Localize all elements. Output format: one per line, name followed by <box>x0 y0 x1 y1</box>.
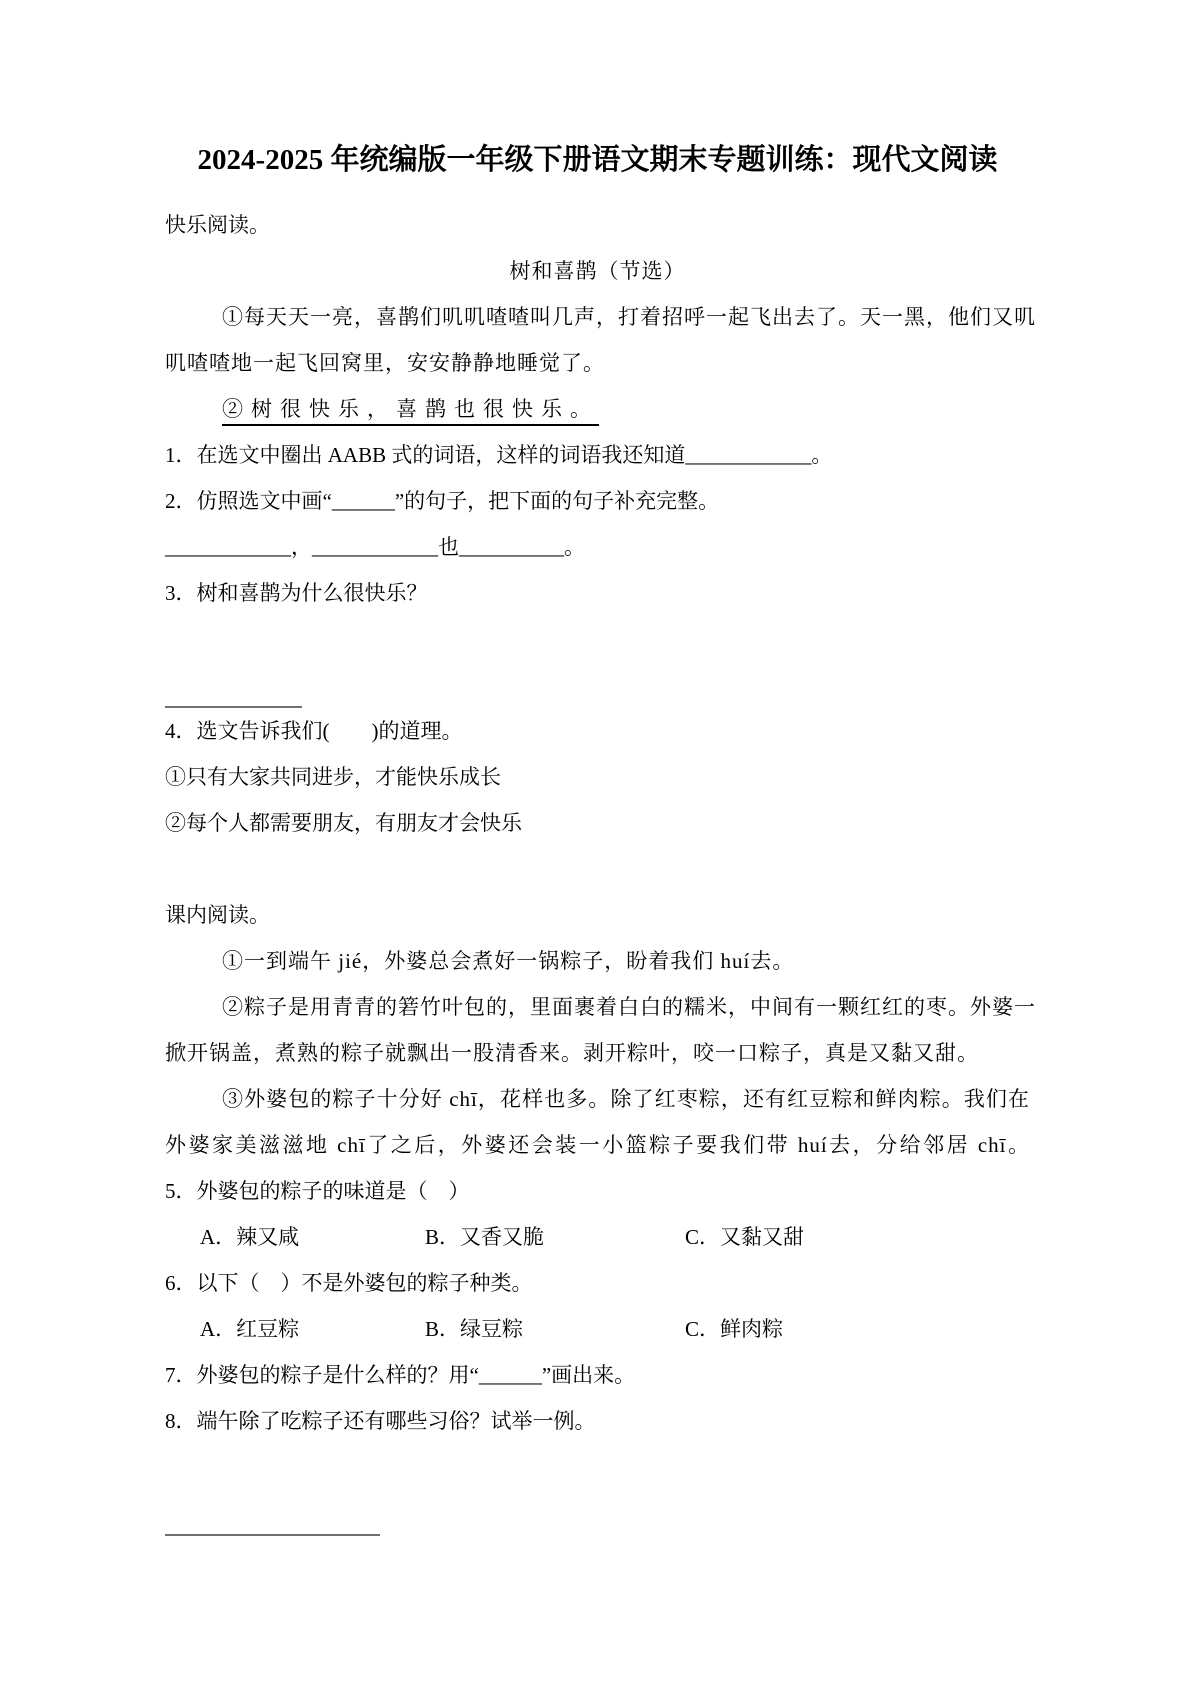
question-3-answer-row <box>165 662 1030 708</box>
question-6: 6．以下（ ）不是外婆包的粽子种类。 <box>165 1260 1030 1306</box>
question-4-option-2: ②每个人都需要朋友，有朋友才会快乐 <box>165 800 1030 846</box>
question-5: 5．外婆包的粽子的味道是（ ） <box>165 1168 1030 1214</box>
question-6-choices: A．红豆粽 B．绿豆粽 C．鲜肉粽 <box>165 1306 1030 1352</box>
spacer <box>165 1444 1030 1490</box>
answer-blank-line <box>165 1500 380 1536</box>
spacer <box>165 616 1030 662</box>
question-2-fill-line: ____________，____________也__________。 <box>165 524 1030 570</box>
passage2-line3: 掀开锅盖，煮熟的粽子就飘出一股清香来。剥开粽叶，咬一口粽子，真是又黏又甜。 <box>165 1030 1030 1076</box>
doc-title: 2024-2025 年统编版一年级下册语文期末专题训练：现代文阅读 <box>165 140 1030 180</box>
question-8: 8．端午除了吃粽子还有哪些习俗？试举一例。 <box>165 1398 1030 1444</box>
question-5-choices: A．辣又咸 B．又香又脆 C．又黏又甜 <box>165 1214 1030 1260</box>
passage2-line4: ③外婆包的粽子十分好 chī，花样也多。除了红枣粽，还有红豆粽和鲜肉粽。我们在 <box>165 1076 1030 1122</box>
choice-5b: B．又香又脆 <box>425 1214 685 1260</box>
answer-blank-line <box>165 672 302 708</box>
passage1-line1: ①每天天一亮，喜鹊们叽叽喳喳叫几声，打着招呼一起飞出去了。天一黑，他们又叽 <box>165 294 1030 340</box>
choice-5a: A．辣又咸 <box>200 1214 425 1260</box>
choice-5c: C．又黏又甜 <box>685 1214 1030 1260</box>
question-4-option-1: ①只有大家共同进步，才能快乐成长 <box>165 754 1030 800</box>
question-2: 2．仿照选文中画“______”的句子，把下面的句子补充完整。 <box>165 478 1030 524</box>
question-8-answer-row <box>165 1490 1030 1536</box>
question-1: 1．在选文中圈出 AABB 式的词语，这样的词语我还知道____________… <box>165 432 1030 478</box>
section1-label: 快乐阅读。 <box>165 202 1030 248</box>
passage1-underlined-sentence: ②树很快乐，喜鹊也很快乐。 <box>165 386 1030 432</box>
choice-6c: C．鲜肉粽 <box>685 1306 1030 1352</box>
passage2-line2: ②粽子是用青青的箬竹叶包的，里面裹着白白的糯米，中间有一颗红红的枣。外婆一 <box>165 984 1030 1030</box>
passage2-line5: 外婆家美滋滋地 chī了之后，外婆还会装一小篮粽子要我们带 huí去，分给邻居 … <box>165 1122 1030 1168</box>
question-3: 3．树和喜鹊为什么很快乐？ <box>165 570 1030 616</box>
passage2-line1: ①一到端午 jié，外婆总会煮好一锅粽子，盼着我们 huí去。 <box>165 938 1030 984</box>
passage1-line2: 叽喳喳地一起飞回窝里，安安静静地睡觉了。 <box>165 340 1030 386</box>
passage-title: 树和喜鹊（节选） <box>165 248 1030 294</box>
section2-label: 课内阅读。 <box>165 892 1030 938</box>
worksheet-page: 2024-2025 年统编版一年级下册语文期末专题训练：现代文阅读 快乐阅读。 … <box>0 0 1191 1684</box>
question-4: 4．选文告诉我们( )的道理。 <box>165 708 1030 754</box>
choice-6b: B．绿豆粽 <box>425 1306 685 1352</box>
choice-6a: A．红豆粽 <box>200 1306 425 1352</box>
worksheet-content: 2024-2025 年统编版一年级下册语文期末专题训练：现代文阅读 快乐阅读。 … <box>0 0 1191 1536</box>
question-7: 7．外婆包的粽子是什么样的？用“______”画出来。 <box>165 1352 1030 1398</box>
underlined-sentence-text: ②树很快乐，喜鹊也很快乐。 <box>222 397 599 426</box>
spacer <box>165 846 1030 892</box>
